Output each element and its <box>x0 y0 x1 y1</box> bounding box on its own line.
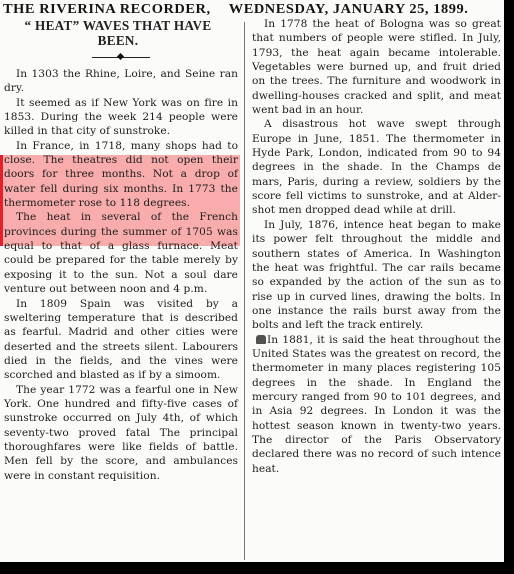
diamond-ornament-icon <box>117 53 124 60</box>
ornamental-rule <box>92 54 150 61</box>
paragraph: It seemed as if New York was on fire in … <box>4 96 238 139</box>
paragraph-with-ink-blot: In 1881, it is said the heat through­out… <box>252 333 501 476</box>
highlighted-paragraph: In France, in 1718, many shops had to cl… <box>4 139 238 211</box>
paragraph: In 1303 the Rhine, Loire, and Seine ran … <box>4 67 238 96</box>
paragraph: The year 1772 was a fearful one in New Y… <box>4 383 238 483</box>
paragraph: The heat in several of the French provin… <box>4 210 238 296</box>
paragraph-text: In 1881, it is said the heat through­out… <box>252 334 501 475</box>
article-headline: “ HEAT” WAVES THAT HAVE BEEN. <box>4 18 238 48</box>
ink-blot-icon <box>256 335 266 344</box>
paragraph: In 1778 the heat of Bologna was so great… <box>252 17 501 117</box>
left-column: “ HEAT” WAVES THAT HAVE BEEN. In 1303 th… <box>4 18 238 483</box>
paragraph: In 1809 Spain was visited by a swelterin… <box>4 297 238 383</box>
paragraph: In July, 1876, intence heat began to mak… <box>252 218 501 333</box>
publication-name: THE RIVERINA RECORDER, <box>3 2 211 17</box>
paragraph: A disastrous hot wave swept through Euro… <box>252 117 501 217</box>
masthead: THE RIVERINA RECORDER, WEDNESDAY, JANUAR… <box>3 3 503 16</box>
publication-date: WEDNESDAY, JANUARY 25, 1899. <box>229 2 469 17</box>
right-column: In 1778 the heat of Bologna was so great… <box>252 17 501 476</box>
column-divider <box>244 22 245 560</box>
newspaper-page: THE RIVERINA RECORDER, WEDNESDAY, JANUAR… <box>0 0 504 562</box>
